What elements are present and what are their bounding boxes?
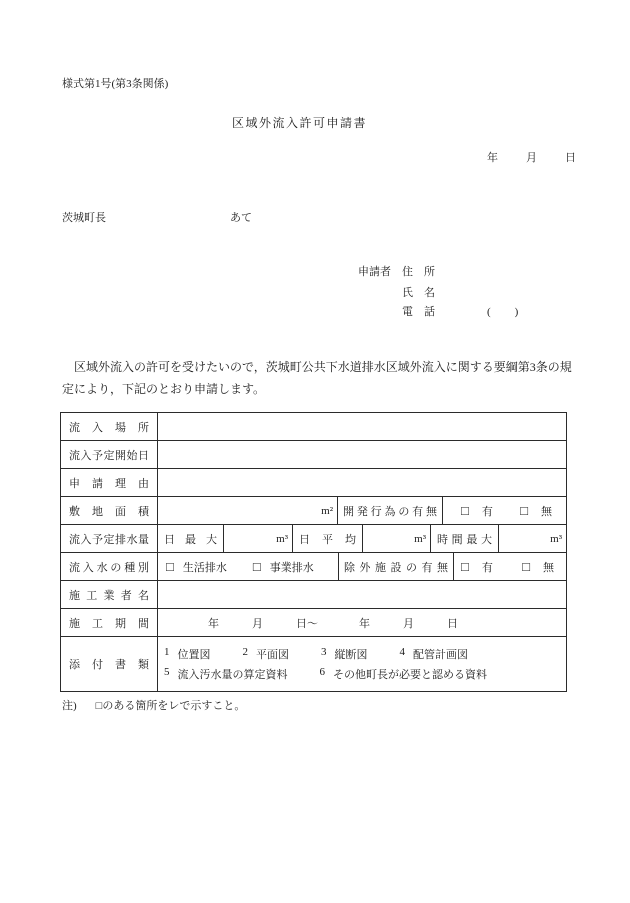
date-month-label: 月	[526, 152, 537, 166]
attachment-item: 4配管計画図	[400, 646, 469, 662]
table-row-period: 施 工 期 間 年 月 日～ 年 月 日	[61, 609, 566, 637]
daily-avg-field[interactable]: m³	[363, 525, 431, 552]
paren-open: (	[487, 306, 491, 320]
footnote-text: □のある箇所をレで示すこと。	[96, 700, 246, 712]
body-paragraph: 区域外流入の許可を受けたいので，茨城町公共下水道排水区域外流入に関する要綱第3条…	[62, 356, 569, 400]
drainage-header: 流入予定排水量	[61, 525, 158, 552]
daily-avg-unit: m³	[363, 533, 430, 545]
domestic-wastewater-option[interactable]: □ 生活排水	[166, 559, 227, 575]
period-field[interactable]: 年 月 日～ 年 月 日	[158, 609, 566, 636]
water-type-options-cell: □ 生活排水 □ 事業排水	[158, 553, 339, 580]
inflow-location-header: 流 入 場 所	[61, 413, 158, 440]
checkbox-development-no-icon[interactable]: □	[520, 504, 528, 517]
attachment-item: 3縦断図	[321, 646, 368, 662]
development-header: 開 発 行 為 の 有 無	[338, 497, 443, 524]
hourly-max-header: 時 間 最 大	[431, 525, 499, 552]
attachment-item: 2平面図	[243, 646, 290, 662]
contractor-header: 施 工 業 者 名	[61, 581, 158, 608]
table-row-reason: 申 請 理 由	[61, 469, 566, 497]
page-title: 区域外流入許可申請書	[232, 116, 367, 131]
table-row-inflow-location: 流 入 場 所	[61, 413, 566, 441]
development-yes-label: 有	[482, 503, 493, 519]
daily-avg-header: 日 平 均	[293, 525, 363, 552]
applicant-address-label: 住 所	[402, 266, 435, 278]
phone-area-code-field[interactable]: ( )	[487, 306, 518, 320]
removal-no-option[interactable]: □ 無	[522, 559, 554, 575]
period-start-month-label: 月	[252, 615, 263, 631]
period-header: 施 工 期 間	[61, 609, 158, 636]
application-table: 流 入 場 所 流入予定開始日 申 請 理 由 敷 地 面 積 m² 開 発 行…	[60, 412, 567, 692]
development-no-label: 無	[541, 503, 552, 519]
inflow-location-field[interactable]	[158, 413, 566, 440]
attachments-line-2: 5流入汚水量の算定資料 6その他町長が必要と認める資料	[164, 666, 566, 682]
hourly-max-field[interactable]: m³	[499, 525, 566, 552]
development-yes-option[interactable]: □ 有	[461, 503, 493, 519]
period-end-month-label: 月	[403, 615, 414, 631]
paren-close: )	[515, 306, 519, 320]
daily-max-header: 日 最 大	[158, 525, 224, 552]
reason-field[interactable]	[158, 469, 566, 496]
development-no-option[interactable]: □ 無	[520, 503, 552, 519]
site-area-unit: m²	[158, 505, 337, 517]
water-type-header: 流 入 水 の 種 別	[61, 553, 158, 580]
business-wastewater-option[interactable]: □ 事業排水	[253, 559, 314, 575]
checkbox-business-icon[interactable]: □	[253, 560, 261, 573]
site-area-field[interactable]: m²	[158, 497, 338, 524]
attachment-item: 6その他町長が必要と認める資料	[320, 666, 488, 682]
daily-max-field[interactable]: m³	[224, 525, 293, 552]
applicant-phone-line: 電 話 ( )	[402, 306, 518, 320]
date-year-label: 年	[487, 152, 498, 166]
applicant-label: 申請者	[358, 266, 391, 278]
hourly-max-unit: m³	[499, 533, 566, 545]
period-end-year-label: 年	[359, 615, 370, 631]
attachments-header: 添 付 書 類	[61, 637, 158, 691]
table-row-start-date: 流入予定開始日	[61, 441, 566, 469]
date-line: 年 月 日	[487, 152, 576, 166]
daily-max-unit: m³	[224, 533, 292, 545]
footnote: 注)□のある箇所をレで示すこと。	[62, 700, 245, 714]
addressee-name: 茨城町長	[62, 212, 106, 226]
applicant-phone-label: 電 話	[402, 306, 435, 320]
domestic-wastewater-label: 生活排水	[183, 559, 227, 575]
removal-yes-label: 有	[482, 559, 493, 575]
start-date-field[interactable]	[158, 441, 566, 468]
removal-yes-option[interactable]: □ 有	[461, 559, 493, 575]
attachment-item: 5流入汚水量の算定資料	[164, 666, 288, 682]
business-wastewater-label: 事業排水	[270, 559, 314, 575]
body-line-1: 区域外流入の許可を受けたいので，茨城町公共下水道排水区域外流入に関する要綱第3条…	[62, 356, 569, 378]
date-day-label: 日	[565, 152, 576, 166]
site-area-header: 敷 地 面 積	[61, 497, 158, 524]
attachment-item: 1位置図	[164, 646, 211, 662]
period-end-day-label: 日	[447, 615, 458, 631]
applicant-address-line: 申請者住 所	[358, 266, 435, 280]
applicant-name-label: 氏 名	[402, 287, 435, 301]
checkbox-domestic-icon[interactable]: □	[166, 560, 174, 573]
reason-header: 申 請 理 由	[61, 469, 158, 496]
body-line-2: 定により，下記のとおり申請します。	[62, 378, 569, 400]
table-row-water-type: 流 入 水 の 種 別 □ 生活排水 □ 事業排水 除 外 施 設 の 有 無	[61, 553, 566, 581]
checkbox-development-yes-icon[interactable]: □	[461, 504, 469, 517]
removal-no-label: 無	[543, 559, 554, 575]
checkbox-removal-yes-icon[interactable]: □	[461, 560, 469, 573]
addressee-suffix: あて	[230, 212, 252, 226]
start-date-header: 流入予定開始日	[61, 441, 158, 468]
table-row-contractor: 施 工 業 者 名	[61, 581, 566, 609]
checkbox-removal-no-icon[interactable]: □	[522, 560, 530, 573]
contractor-field[interactable]	[158, 581, 566, 608]
form-number: 様式第1号(第3条関係)	[62, 78, 168, 92]
document-page: 様式第1号(第3条関係) 区域外流入許可申請書 年 月 日 茨城町長 あて 申請…	[0, 0, 630, 903]
removal-facility-header: 除 外 施 設 の 有 無	[339, 553, 454, 580]
attachments-line-1: 1位置図 2平面図 3縦断図 4配管計画図	[164, 646, 566, 662]
attachments-cell: 1位置図 2平面図 3縦断図 4配管計画図 5流入汚水量の算定資料 6その他町長…	[158, 637, 566, 691]
table-row-drainage: 流入予定排水量 日 最 大 m³ 日 平 均 m³ 時 間 最 大 m³	[61, 525, 566, 553]
period-start-year-label: 年	[208, 615, 219, 631]
table-row-attachments: 添 付 書 類 1位置図 2平面図 3縦断図 4配管計画図 5流入汚水量の算定資…	[61, 637, 566, 691]
development-yesno-cell: □ 有 □ 無	[443, 497, 566, 524]
period-start-day-label: 日～	[296, 615, 318, 631]
table-row-site-area: 敷 地 面 積 m² 開 発 行 為 の 有 無 □ 有 □ 無	[61, 497, 566, 525]
footnote-prefix: 注)	[62, 700, 77, 712]
removal-yesno-cell: □ 有 □ 無	[454, 553, 566, 580]
